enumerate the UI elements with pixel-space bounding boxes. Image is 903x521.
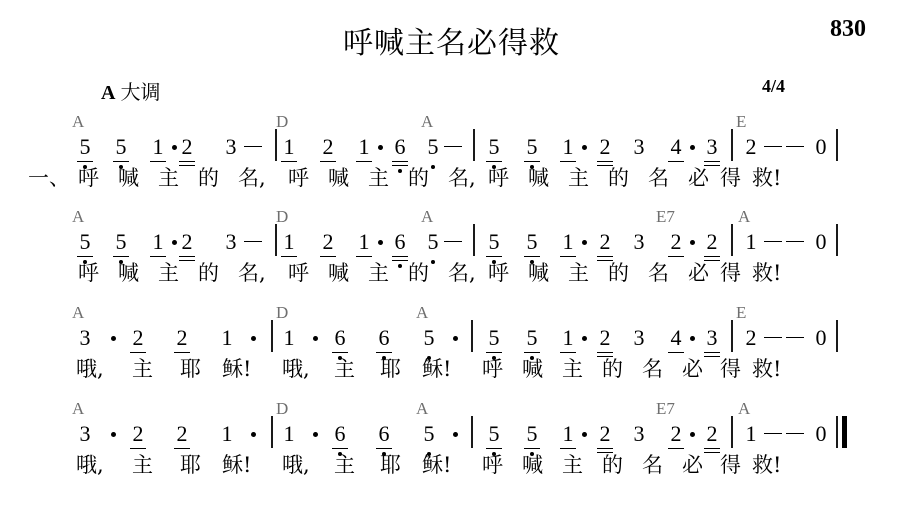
- note: 2: [702, 229, 722, 255]
- note: 2: [741, 134, 761, 160]
- lyric-syllable: 救!: [752, 257, 781, 287]
- note: 2: [177, 229, 197, 255]
- lyric-syllable: 名: [648, 257, 669, 287]
- note: 2: [666, 229, 686, 255]
- note: 6: [330, 325, 350, 351]
- lyric-syllable: 稣!: [422, 449, 451, 479]
- lyric-syllable: 得: [720, 162, 741, 192]
- augmentation-dot: [453, 336, 458, 341]
- lyric-syllable: 必: [682, 353, 703, 383]
- lyric-syllable: 名: [642, 353, 663, 383]
- chord-symbol: A: [72, 207, 84, 227]
- augmentation-dot: [582, 336, 587, 341]
- verse-number: 一、: [28, 162, 70, 192]
- lyric-syllable: 耶: [380, 449, 401, 479]
- note: 3: [221, 229, 241, 255]
- chord-symbol: D: [276, 303, 288, 323]
- lyric-syllable: 主: [568, 162, 589, 192]
- lyric-syllable: 的: [602, 353, 623, 383]
- note: 3: [75, 421, 95, 447]
- lyric-syllable: 主: [368, 162, 389, 192]
- note: 1: [558, 421, 578, 447]
- barline: [836, 129, 838, 161]
- note: 2: [595, 134, 615, 160]
- chord-symbol: A: [72, 112, 84, 132]
- sustain-dash: [786, 241, 804, 242]
- octave-low-dot: [398, 264, 402, 268]
- note: 0: [811, 229, 831, 255]
- chord-symbol: A: [738, 207, 750, 227]
- note: 2: [702, 421, 722, 447]
- augmentation-dot: [313, 336, 318, 341]
- note: 1: [558, 229, 578, 255]
- lyric-syllable: 稣!: [422, 353, 451, 383]
- chord-symbol: A: [416, 303, 428, 323]
- lyric-syllable: 的: [408, 257, 429, 287]
- note: 5: [419, 325, 439, 351]
- lyric-syllable: 的: [198, 257, 219, 287]
- sustain-dash: [244, 146, 262, 147]
- note: 2: [128, 421, 148, 447]
- augmentation-dot: [251, 432, 256, 437]
- note: 6: [390, 134, 410, 160]
- note: 1: [279, 421, 299, 447]
- note: 5: [75, 134, 95, 160]
- sustain-dash: [786, 337, 804, 338]
- barline: [836, 320, 838, 352]
- note: 5: [522, 229, 542, 255]
- barline: [731, 129, 733, 161]
- lyric-syllable: 名: [642, 449, 663, 479]
- lyric-syllable: 耶: [180, 449, 201, 479]
- note: 6: [374, 325, 394, 351]
- note: 2: [595, 229, 615, 255]
- note: 6: [374, 421, 394, 447]
- lyric-syllable: 稣!: [222, 449, 251, 479]
- lyric-syllable: 得: [720, 449, 741, 479]
- key-letter: A: [101, 82, 115, 104]
- lyric-syllable: 的: [408, 162, 429, 192]
- sustain-dash: [786, 433, 804, 434]
- lyric-syllable: 喊: [118, 257, 139, 287]
- lyric-syllable: 主: [158, 257, 179, 287]
- augmentation-dot: [378, 240, 383, 245]
- note: 5: [522, 325, 542, 351]
- lyric-syllable: 必: [682, 449, 703, 479]
- chord-symbol: D: [276, 399, 288, 419]
- key-signature: A 大调: [101, 76, 160, 105]
- lyric-syllable: 名,: [448, 257, 476, 287]
- chord-symbol: A: [72, 303, 84, 323]
- note: 2: [666, 421, 686, 447]
- note: 1: [354, 134, 374, 160]
- hymn-title: 呼喊主名必得救: [0, 18, 903, 62]
- note: 1: [279, 229, 299, 255]
- augmentation-dot: [378, 145, 383, 150]
- key-text: 大调: [120, 82, 160, 104]
- chord-symbol: A: [421, 207, 433, 227]
- note: 5: [75, 229, 95, 255]
- augmentation-dot: [690, 336, 695, 341]
- note: 5: [484, 134, 504, 160]
- note: 1: [217, 325, 237, 351]
- lyric-syllable: 喊: [522, 449, 543, 479]
- chord-symbol: E7: [656, 207, 675, 227]
- lyric-syllable: 必: [688, 162, 709, 192]
- note: 5: [522, 421, 542, 447]
- barline: [271, 320, 273, 352]
- lyric-syllable: 哦,: [282, 353, 310, 383]
- lyric-syllable: 哦,: [76, 353, 104, 383]
- lyric-syllable: 稣!: [222, 353, 251, 383]
- augmentation-dot: [582, 145, 587, 150]
- chord-symbol: D: [276, 112, 288, 132]
- sustain-dash: [444, 146, 462, 147]
- note: 2: [595, 421, 615, 447]
- barline: [275, 129, 277, 161]
- lyric-syllable: 名,: [448, 162, 476, 192]
- note: 3: [629, 134, 649, 160]
- note: 3: [629, 229, 649, 255]
- barline: [836, 224, 838, 256]
- lyric-syllable: 的: [198, 162, 219, 192]
- sustain-dash: [764, 241, 782, 242]
- lyric-syllable: 喊: [522, 353, 543, 383]
- augmentation-dot: [111, 336, 116, 341]
- augmentation-dot: [313, 432, 318, 437]
- barline: [836, 416, 838, 448]
- note: 6: [330, 421, 350, 447]
- note: 1: [217, 421, 237, 447]
- lyric-syllable: 呼: [288, 162, 309, 192]
- barline: [473, 129, 475, 161]
- lyric-syllable: 呼: [488, 162, 509, 192]
- lyric-syllable: 名,: [238, 257, 266, 287]
- sustain-dash: [786, 146, 804, 147]
- note: 3: [629, 325, 649, 351]
- note: 2: [172, 421, 192, 447]
- barline: [731, 416, 733, 448]
- lyric-syllable: 耶: [380, 353, 401, 383]
- lyric-syllable: 救!: [752, 449, 781, 479]
- note: 2: [177, 134, 197, 160]
- final-barline: [842, 416, 847, 448]
- augmentation-dot: [111, 432, 116, 437]
- chord-symbol: A: [416, 399, 428, 419]
- note: 2: [172, 325, 192, 351]
- note: 1: [148, 229, 168, 255]
- lyric-syllable: 哦,: [282, 449, 310, 479]
- chord-symbol: A: [421, 112, 433, 132]
- note: 1: [279, 134, 299, 160]
- note: 4: [666, 134, 686, 160]
- note: 5: [423, 229, 443, 255]
- lyric-syllable: 救!: [752, 162, 781, 192]
- chord-symbol: A: [738, 399, 750, 419]
- note: 1: [148, 134, 168, 160]
- note: 3: [702, 134, 722, 160]
- note: 5: [419, 421, 439, 447]
- sustain-dash: [764, 146, 782, 147]
- augmentation-dot: [690, 145, 695, 150]
- lyric-syllable: 喊: [328, 162, 349, 192]
- note: 1: [558, 325, 578, 351]
- note: 3: [629, 421, 649, 447]
- lyric-syllable: 救!: [752, 353, 781, 383]
- note: 1: [354, 229, 374, 255]
- lyric-syllable: 主: [334, 353, 355, 383]
- note: 5: [111, 229, 131, 255]
- lyric-syllable: 名: [648, 162, 669, 192]
- lyric-syllable: 的: [602, 449, 623, 479]
- barline: [471, 416, 473, 448]
- lyric-syllable: 喊: [118, 162, 139, 192]
- lyric-syllable: 的: [608, 257, 629, 287]
- lyric-syllable: 得: [720, 353, 741, 383]
- lyric-syllable: 呼: [78, 162, 99, 192]
- note: 1: [558, 134, 578, 160]
- note: 2: [595, 325, 615, 351]
- barline: [471, 320, 473, 352]
- lyric-syllable: 呼: [78, 257, 99, 287]
- note: 5: [522, 134, 542, 160]
- lyric-syllable: 主: [132, 449, 153, 479]
- octave-low-dot: [431, 165, 435, 169]
- barline: [275, 224, 277, 256]
- note: 3: [221, 134, 241, 160]
- staff-system: ADAE7A32211665551232210哦,主耶稣!哦,主耶稣!呼喊主的名…: [0, 399, 903, 495]
- staff-system: ADAE32211665551234320哦,主耶稣!哦,主耶稣!呼喊主的名必得…: [0, 303, 903, 399]
- note: 5: [484, 325, 504, 351]
- note: 5: [423, 134, 443, 160]
- note: 1: [741, 421, 761, 447]
- chord-symbol: D: [276, 207, 288, 227]
- barline: [473, 224, 475, 256]
- lyric-syllable: 喊: [528, 257, 549, 287]
- note: 3: [702, 325, 722, 351]
- lyric-syllable: 主: [562, 449, 583, 479]
- lyric-syllable: 耶: [180, 353, 201, 383]
- hymn-number: 830: [830, 16, 866, 43]
- lyric-syllable: 呼: [288, 257, 309, 287]
- note: 0: [811, 421, 831, 447]
- time-signature: 4/4: [762, 76, 785, 97]
- lyric-syllable: 呼: [482, 353, 503, 383]
- note: 2: [741, 325, 761, 351]
- lyric-syllable: 主: [368, 257, 389, 287]
- barline: [271, 416, 273, 448]
- note: 6: [390, 229, 410, 255]
- sustain-dash: [244, 241, 262, 242]
- octave-low-dot: [398, 169, 402, 173]
- augmentation-dot: [251, 336, 256, 341]
- augmentation-dot: [582, 432, 587, 437]
- note: 5: [484, 229, 504, 255]
- sustain-dash: [444, 241, 462, 242]
- augmentation-dot: [453, 432, 458, 437]
- augmentation-dot: [690, 240, 695, 245]
- lyric-syllable: 主: [562, 353, 583, 383]
- sustain-dash: [764, 337, 782, 338]
- note: 0: [811, 134, 831, 160]
- chord-symbol: E: [736, 112, 746, 132]
- octave-low-dot: [431, 260, 435, 264]
- chord-symbol: E: [736, 303, 746, 323]
- lyric-syllable: 呼: [488, 257, 509, 287]
- lyric-syllable: 喊: [528, 162, 549, 192]
- lyric-syllable: 的: [608, 162, 629, 192]
- staff-system: ADAE7A5512312165551232210呼喊主的名,呼喊主的名,呼喊主…: [0, 207, 903, 303]
- augmentation-dot: [582, 240, 587, 245]
- chord-symbol: E7: [656, 399, 675, 419]
- lyric-syllable: 必: [688, 257, 709, 287]
- note: 1: [741, 229, 761, 255]
- sustain-dash: [764, 433, 782, 434]
- lyric-syllable: 喊: [328, 257, 349, 287]
- note: 3: [75, 325, 95, 351]
- note: 1: [279, 325, 299, 351]
- lyric-syllable: 哦,: [76, 449, 104, 479]
- augmentation-dot: [690, 432, 695, 437]
- note: 5: [111, 134, 131, 160]
- lyric-syllable: 得: [720, 257, 741, 287]
- lyric-syllable: 主: [132, 353, 153, 383]
- barline: [731, 320, 733, 352]
- note: 0: [811, 325, 831, 351]
- note: 2: [318, 229, 338, 255]
- note: 5: [484, 421, 504, 447]
- staff-system: ADAE5512312165551234320一、呼喊主的名,呼喊主的名,呼喊主…: [0, 112, 903, 208]
- chord-symbol: A: [72, 399, 84, 419]
- note: 2: [128, 325, 148, 351]
- note: 4: [666, 325, 686, 351]
- lyric-syllable: 呼: [482, 449, 503, 479]
- lyric-syllable: 主: [334, 449, 355, 479]
- barline: [731, 224, 733, 256]
- lyric-syllable: 主: [158, 162, 179, 192]
- note: 2: [318, 134, 338, 160]
- lyric-syllable: 主: [568, 257, 589, 287]
- lyric-syllable: 名,: [238, 162, 266, 192]
